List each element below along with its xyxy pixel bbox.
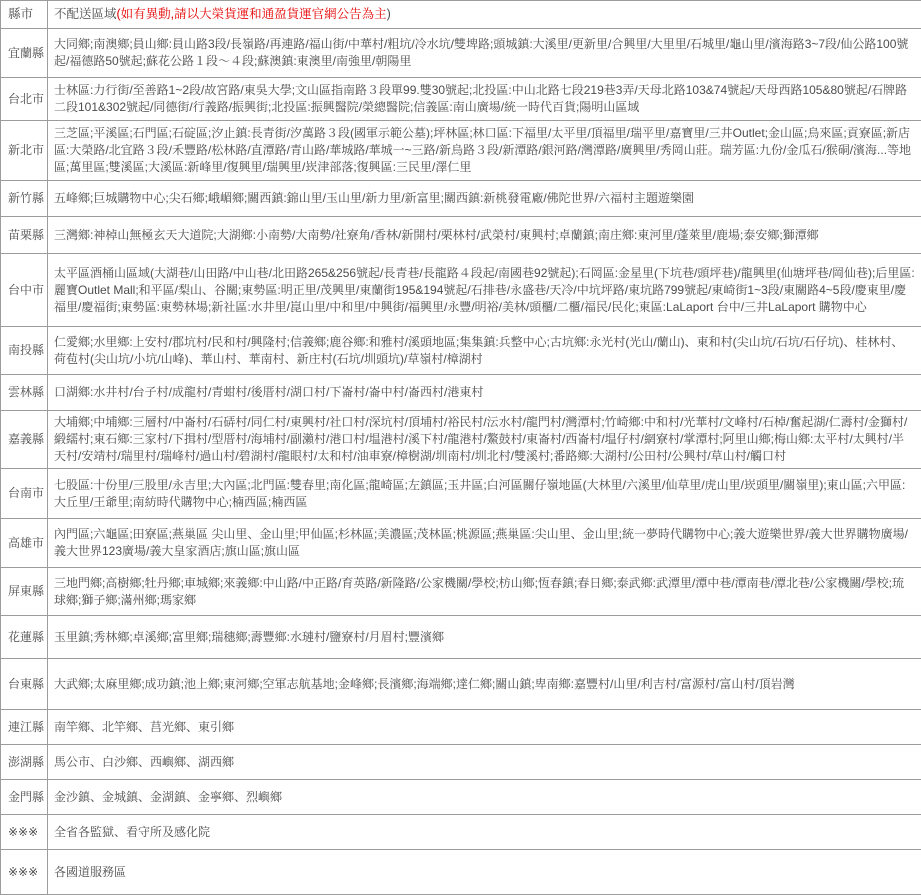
table-row: 新竹縣五峰鄉;巨城購物中心;尖石鄉;峨嵋鄉;關西鎮:錦山里/玉山里/新力里/新富… (1, 181, 921, 217)
areas-cell: 士林區:力行街/至善路1~2段/故宮路/東吳大學;文山區指南路３段單99.雙30… (48, 78, 921, 121)
table-row: 台北市士林區:力行街/至善路1~2段/故宮路/東吳大學;文山區指南路３段單99.… (1, 78, 921, 121)
table-row: 台南市七股區:十份里/三股里/永吉里;大內區;北門區:雙春里;南化區;龍崎區;左… (1, 469, 921, 519)
areas-cell: 大埔鄉;中埔鄉:三層村/中崙村/石硦村/同仁村/東興村/社口村/深坑村/頂埔村/… (48, 411, 921, 469)
table-row: 苗栗縣三灣鄉:神棹山無極玄天大道院;大湖鄉:小南勢/大南勢/社寮角/香林/新開村… (1, 217, 921, 254)
table-row: 台中市太平區酒桶山區域(大湖巷/山田路/中山巷/北田路265&256號起/長青巷… (1, 254, 921, 327)
county-cell: 高雄市 (1, 519, 48, 568)
county-cell: 連江縣 (1, 710, 48, 745)
areas-cell: 口湖鄉:水井村/台子村/成龍村/青蚶村/後厝村/湖口村/下崙村/崙中村/崙西村/… (48, 375, 921, 411)
county-cell: 宜蘭縣 (1, 29, 48, 78)
header-areas: 不配送區域(如有異動,請以大榮貨運和通盈貨運官網公告為主) (48, 1, 921, 29)
table-row: 連江縣南竿鄉、北竿鄉、莒光鄉、東引鄉 (1, 710, 921, 745)
table-header-row: 縣市 不配送區域(如有異動,請以大榮貨運和通盈貨運官網公告為主) (1, 1, 921, 29)
table-row: 雲林縣口湖鄉:水井村/台子村/成龍村/青蚶村/後厝村/湖口村/下崙村/崙中村/崙… (1, 375, 921, 411)
areas-cell: 大同鄉;南澳鄉;員山鄉:員山路3段/長嶺路/再連路/福山街/中華村/粗坑/冷水坑… (48, 29, 921, 78)
areas-cell: 三灣鄉:神棹山無極玄天大道院;大湖鄉:小南勢/大南勢/社寮角/香林/新開村/栗林… (48, 217, 921, 254)
areas-cell: 仁愛鄉;水里鄉:上安村/郡坑村/民和村/興隆村;信義鄉;鹿谷鄉:和雅村/溪頭地區… (48, 327, 921, 375)
table-row: 宜蘭縣大同鄉;南澳鄉;員山鄉:員山路3段/長嶺路/再連路/福山街/中華村/粗坑/… (1, 29, 921, 78)
areas-cell: 南竿鄉、北竿鄉、莒光鄉、東引鄉 (48, 710, 921, 745)
table-row: 屏東縣三地門鄉;高樹鄉;牡丹鄉;車城鄉;來義鄉:中山路/中正路/育英路/新隆路/… (1, 568, 921, 616)
areas-cell: 金沙鎮、金城鎮、金湖鎮、金寧鄉、烈嶼鄉 (48, 780, 921, 815)
no-delivery-table: 縣市 不配送區域(如有異動,請以大榮貨運和通盈貨運官網公告為主) 宜蘭縣大同鄉;… (0, 0, 921, 895)
areas-cell: 七股區:十份里/三股里/永吉里;大內區;北門區:雙春里;南化區;龍崎區;左鎮區;… (48, 469, 921, 519)
table-row: 新北市三芝區;平溪區;石門區;石碇區;汐止鎮:長青街/汐萬路３段(國軍示範公墓)… (1, 121, 921, 181)
header-county-label: 縣市 (1, 1, 48, 29)
table-row: 高雄市內門區;六龜區;田寮區;燕巢區 尖山里、金山里;甲仙區;杉林區;美濃區;茂… (1, 519, 921, 568)
areas-cell: 大武鄉;太麻里鄉;成功鎮;池上鄉;東河鄉;空軍志航基地;金峰鄉;長濱鄉;海端鄉;… (48, 659, 921, 710)
table-row: 嘉義縣大埔鄉;中埔鄉:三層村/中崙村/石硦村/同仁村/東興村/社口村/深坑村/頂… (1, 411, 921, 469)
header-areas-note-close: ) (387, 7, 391, 21)
areas-cell: 馬公市、白沙鄉、西嶼鄉、湖西鄉 (48, 745, 921, 780)
county-cell: 嘉義縣 (1, 411, 48, 469)
table-row: 台東縣大武鄉;太麻里鄉;成功鎮;池上鄉;東河鄉;空軍志航基地;金峰鄉;長濱鄉;海… (1, 659, 921, 710)
county-cell: 苗栗縣 (1, 217, 48, 254)
county-cell: 新竹縣 (1, 181, 48, 217)
table-row: 金門縣金沙鎮、金城鎮、金湖鎮、金寧鄉、烈嶼鄉 (1, 780, 921, 815)
table-row: ※※※全省各監獄、看守所及感化院 (1, 815, 921, 850)
header-areas-note: (如有異動,請以大榮貨運和通盈貨運官網公告為主 (117, 7, 387, 21)
county-cell: 台東縣 (1, 659, 48, 710)
table-row: 澎湖縣馬公市、白沙鄉、西嶼鄉、湖西鄉 (1, 745, 921, 780)
county-cell: 屏東縣 (1, 568, 48, 616)
areas-cell: 玉里鎮;秀林鄉;卓溪鄉;富里鄉;瑞穗鄉;壽豐鄉:水璉村/鹽寮村/月眉村;豐濱鄉 (48, 616, 921, 659)
county-cell: 台南市 (1, 469, 48, 519)
county-cell: 澎湖縣 (1, 745, 48, 780)
areas-cell: 太平區酒桶山區域(大湖巷/山田路/中山巷/北田路265&256號起/長青巷/長龍… (48, 254, 921, 327)
county-cell: 南投縣 (1, 327, 48, 375)
county-cell: 新北市 (1, 121, 48, 181)
areas-cell: 各國道服務區 (48, 850, 921, 895)
county-cell: 雲林縣 (1, 375, 48, 411)
header-areas-label: 不配送區域 (54, 7, 117, 21)
county-cell: 花蓮縣 (1, 616, 48, 659)
county-cell: 台中市 (1, 254, 48, 327)
areas-cell: 三芝區;平溪區;石門區;石碇區;汐止鎮:長青街/汐萬路３段(國軍示範公墓);坪林… (48, 121, 921, 181)
table-row: ※※※各國道服務區 (1, 850, 921, 895)
areas-cell: 內門區;六龜區;田寮區;燕巢區 尖山里、金山里;甲仙區;杉林區;美濃區;茂林區;… (48, 519, 921, 568)
areas-cell: 全省各監獄、看守所及感化院 (48, 815, 921, 850)
county-cell: 台北市 (1, 78, 48, 121)
table-row: 花蓮縣玉里鎮;秀林鄉;卓溪鄉;富里鄉;瑞穗鄉;壽豐鄉:水璉村/鹽寮村/月眉村;豐… (1, 616, 921, 659)
county-cell: 金門縣 (1, 780, 48, 815)
county-cell: ※※※ (1, 815, 48, 850)
areas-cell: 三地門鄉;高樹鄉;牡丹鄉;車城鄉;來義鄉:中山路/中正路/育英路/新隆路/公家機… (48, 568, 921, 616)
county-cell: ※※※ (1, 850, 48, 895)
no-delivery-area-page: 縣市 不配送區域(如有異動,請以大榮貨運和通盈貨運官網公告為主) 宜蘭縣大同鄉;… (0, 0, 921, 895)
areas-cell: 五峰鄉;巨城購物中心;尖石鄉;峨嵋鄉;關西鎮:錦山里/玉山里/新力里/新富里;關… (48, 181, 921, 217)
table-row: 南投縣仁愛鄉;水里鄉:上安村/郡坑村/民和村/興隆村;信義鄉;鹿谷鄉:和雅村/溪… (1, 327, 921, 375)
